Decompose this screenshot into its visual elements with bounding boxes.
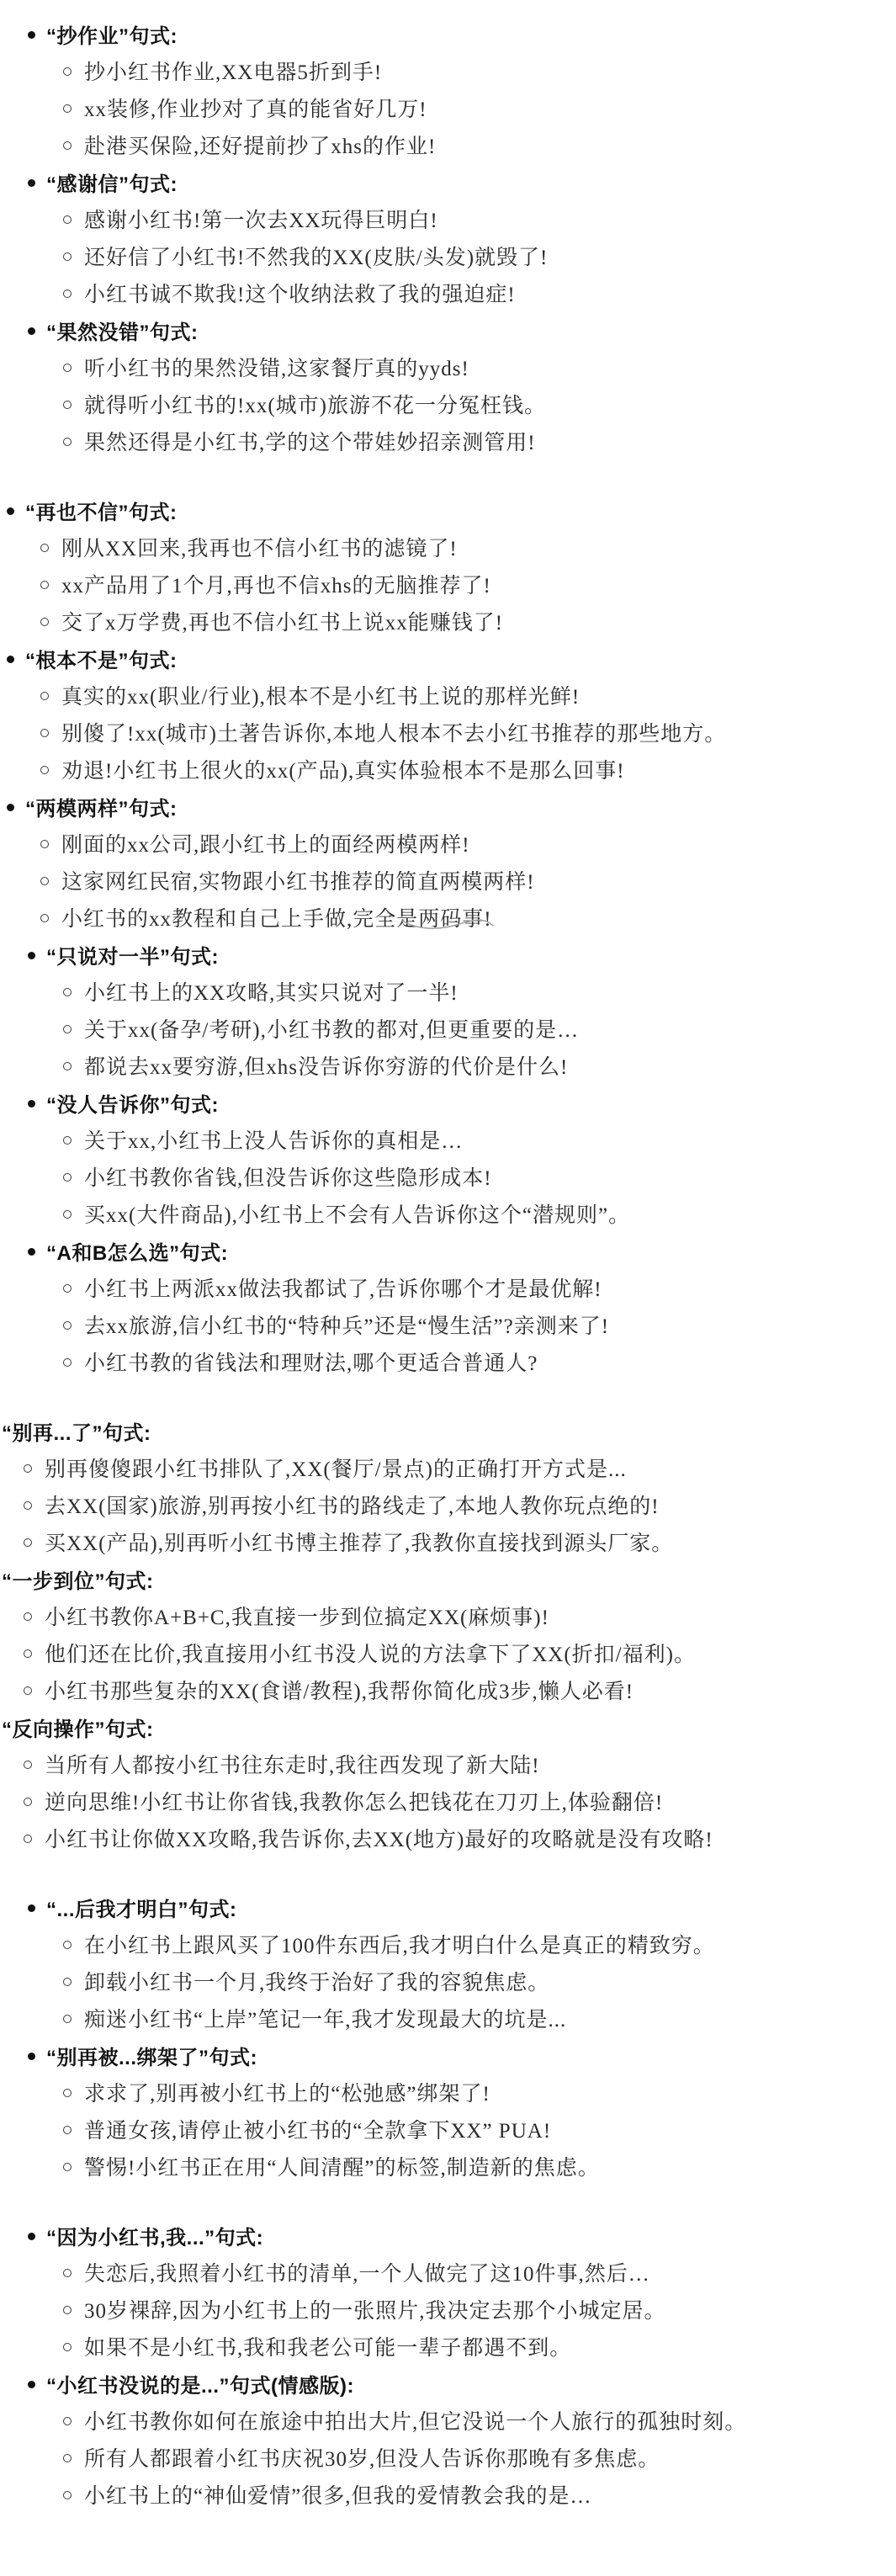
bullet-circle-icon	[63, 141, 72, 150]
bullet-circle-icon	[63, 67, 72, 76]
bullet-circle-icon	[63, 2126, 72, 2134]
section: “反向操作”句式: 当所有人都按小红书往东走时,我往西发现了新大陆! 逆向思维!…	[0, 1708, 896, 1856]
bullet-circle-icon	[24, 1686, 32, 1695]
list-item: 小红书诚不欺我!这个收纳法救了我的强迫症!	[0, 274, 896, 311]
section-title: “别再...了”句式:	[2, 1416, 151, 1446]
list-item: 小红书上两派xx做法我都试了,告诉你哪个才是最优解!	[0, 1269, 896, 1306]
bullet-dot-icon	[28, 2233, 35, 2240]
bullet-circle-icon	[40, 877, 49, 885]
list-item: 就得听小红书的!xx(城市)旅游不花一分冤枉钱。	[0, 385, 896, 422]
section: “只说对一半”句式: 小红书上的XX攻略,其实只说对了一半! 关于xx(备孕/考…	[0, 936, 896, 1084]
section-title: “因为小红书,我...”句式:	[46, 2221, 263, 2250]
list-item: 小红书的xx教程和自己上手做,完全是两码事!	[0, 899, 896, 936]
list-item: 刚面的xx公司,跟小红书上的面经两模两样!	[0, 825, 896, 862]
list-item: 别傻了!xx(城市)土著告诉你,本地人根本不去小红书推荐的那些地方。	[0, 714, 896, 751]
bullet-circle-icon	[40, 581, 49, 589]
list-item-text: 小红书让你做XX攻略,我告诉你,去XX(地方)最好的攻略就是没有攻略!	[45, 1823, 713, 1853]
list-item: 别再傻傻跟小红书排队了,XX(餐厅/景点)的正确打开方式是...	[0, 1449, 896, 1486]
section-header: “没人告诉你”句式:	[0, 1084, 896, 1121]
list-item: 买XX(产品),别再听小红书博主推荐了,我教你直接找到源头厂家。	[0, 1523, 896, 1560]
list-item-text: 所有人都跟着小红书庆祝30岁,但没人告诉你那晚有多焦虑。	[84, 2442, 660, 2472]
list-item: 还好信了小红书!不然我的XX(皮肤/头发)就毁了!	[0, 237, 896, 274]
section-header: “一步到位”句式:	[0, 1560, 896, 1597]
list-item-text: 30岁裸辞,因为小红书上的一张照片,我决定去那个小城定居。	[84, 2294, 666, 2324]
list-item-text: 赴港买保险,还好提前抄了xhs的作业!	[84, 130, 436, 160]
list-item-text: 去xx旅游,信小红书的“特种兵”还是“慢生活”?亲测来了!	[84, 1309, 609, 1340]
bullet-circle-icon	[63, 2343, 72, 2351]
section: “抄作业”句式: 抄小红书作业,XX电器5折到手! xx装修,作业抄对了真的能省…	[0, 15, 896, 163]
list-item-text: 如果不是小红书,我和我老公可能一辈子都遇不到。	[84, 2331, 571, 2361]
bullet-dot-icon	[28, 1100, 35, 1107]
list-item: 小红书上的XX攻略,其实只说对了一半!	[0, 973, 896, 1010]
list-item: 小红书教的省钱法和理财法,哪个更适合普通人?	[0, 1343, 896, 1380]
list-item: 普通女孩,请停止被小红书的“全款拿下XX” PUA!	[0, 2111, 896, 2148]
bullet-circle-icon	[63, 2491, 72, 2499]
section: “A和B怎么选”句式: 小红书上两派xx做法我都试了,告诉你哪个才是最优解! 去…	[0, 1232, 896, 1380]
list-item: 小红书教你如何在旅途中拍出大片,但它没说一个人旅行的孤独时刻。	[0, 2402, 896, 2439]
section-header: “只说对一半”句式:	[0, 936, 896, 973]
section-title: “再也不信”句式:	[25, 496, 178, 525]
list-item-text: 求求了,别再被小红书上的“松弛感”绑架了!	[84, 2077, 490, 2107]
list-item-text: 警惕!小红书正在用“人间清醒”的标签,制造新的焦虑。	[84, 2151, 600, 2181]
section-title: “果然没错”句式:	[46, 316, 199, 345]
list-item-text: 痴迷小红书“上岸”笔记一年,我才发现最大的坑是...	[84, 2003, 566, 2033]
list-item: 当所有人都按小红书往东走时,我往西发现了新大陆!	[0, 1745, 896, 1782]
bullet-circle-icon	[63, 1284, 72, 1293]
list-item-text: 在小红书上跟风买了100件东西后,我才明白什么是真正的精致穷。	[84, 1929, 715, 1959]
section-header: “别再被...绑架了”句式:	[0, 2037, 896, 2074]
bullet-circle-icon	[24, 1501, 32, 1510]
bullet-circle-icon	[63, 1210, 72, 1219]
bullet-circle-icon	[63, 104, 72, 113]
bullet-circle-icon	[63, 252, 72, 261]
list-item-text: 失恋后,我照着小红书的清单,一个人做完了这10件事,然后…	[84, 2257, 650, 2287]
list-item: 劝退!小红书上很火的xx(产品),真实体验根本不是那么回事!	[0, 751, 896, 788]
bullet-circle-icon	[63, 1173, 72, 1182]
list-item: xx产品用了1个月,再也不信xhs的无脑推荐了!	[0, 566, 896, 603]
section-title: “别再被...绑架了”句式:	[46, 2041, 257, 2070]
list-item: 在小红书上跟风买了100件东西后,我才明白什么是真正的精致穷。	[0, 1925, 896, 1963]
bullet-dot-icon	[28, 2381, 35, 2388]
section-header: “抄作业”句式:	[0, 15, 896, 52]
list-item-text: 买xx(大件商品),小红书上不会有人告诉你这个“潜规则”。	[84, 1198, 630, 1229]
list-item-text: 还好信了小红书!不然我的XX(皮肤/头发)就毁了!	[84, 241, 548, 271]
list-item-text: xx装修,作业抄对了真的能省好几万!	[84, 93, 427, 123]
list-item: 这家网红民宿,实物跟小红书推荐的简直两模两样!	[0, 862, 896, 899]
bullet-dot-icon	[28, 31, 35, 39]
list-item: 求求了,别再被小红书上的“松弛感”绑架了!	[0, 2074, 896, 2111]
section-title: “没人告诉你”句式:	[46, 1088, 219, 1118]
list-item-text: 小红书上的“神仙爱情”很多,但我的爱情教会我的是…	[84, 2479, 591, 2510]
list-item: 都说去xx要穷游,但xhs没告诉你穷游的代价是什么!	[0, 1047, 896, 1084]
list-item-text: 交了x万学费,再也不信小红书上说xx能赚钱了!	[61, 606, 503, 636]
bullet-circle-icon	[24, 1798, 32, 1806]
list-item-text: 这家网红民宿,实物跟小红书推荐的简直两模两样!	[61, 865, 535, 895]
list-item-text: 关于xx(备孕/考研),小红书教的都对,但更重要的是…	[84, 1013, 579, 1044]
list-item: 卸载小红书一个月,我终于治好了我的容貌焦虑。	[0, 1963, 896, 2000]
bullet-dot-icon	[7, 656, 14, 663]
list-item: 小红书教你省钱,但没告诉你这些隐形成本!	[0, 1158, 896, 1195]
list-item: 逆向思维!小红书让你省钱,我教你怎么把钱花在刀刃上,体验翻倍!	[0, 1782, 896, 1819]
list-item-text: 就得听小红书的!xx(城市)旅游不花一分冤枉钱。	[84, 389, 546, 419]
list-item-text: 听小红书的果然没错,这家餐厅真的yyds!	[84, 352, 469, 382]
section-title: “A和B怎么选”句式:	[46, 1236, 228, 1266]
list-item: 抄小红书作业,XX电器5折到手!	[0, 52, 896, 89]
section: “没人告诉你”句式: 关于xx,小红书上没人告诉你的真相是… 小红书教你省钱,但…	[0, 1084, 896, 1232]
list-item-text: 小红书上的XX攻略,其实只说对了一半!	[84, 976, 459, 1006]
list-item-text: 普通女孩,请停止被小红书的“全款拿下XX” PUA!	[84, 2114, 551, 2144]
list-item: 小红书上的“神仙爱情”很多,但我的爱情教会我的是…	[0, 2476, 896, 2513]
section-header: “再也不信”句式:	[0, 491, 896, 528]
section-title: “根本不是”句式:	[25, 644, 178, 673]
bullet-dot-icon	[28, 952, 35, 959]
list-item-text: 刚从XX回来,我再也不信小红书的滤镜了!	[61, 532, 458, 562]
bullet-circle-icon	[63, 1978, 72, 1986]
bullet-circle-icon	[63, 364, 72, 372]
list-item-text: 刚面的xx公司,跟小红书上的面经两模两样!	[61, 828, 470, 858]
section-header: “果然没错”句式:	[0, 311, 896, 348]
section-header: “...后我才明白”句式:	[0, 1888, 896, 1925]
list-item-text: 小红书诚不欺我!这个收纳法救了我的强迫症!	[84, 278, 516, 308]
bullet-circle-icon	[63, 215, 72, 224]
list-item-text: 小红书那些复杂的XX(食谱/教程),我帮你简化成3步,懒人必看!	[45, 1675, 634, 1705]
list-item-text: 小红书上两派xx做法我都试了,告诉你哪个才是最优解!	[84, 1272, 602, 1303]
bullet-circle-icon	[63, 401, 72, 409]
section-title: “感谢信”句式:	[46, 167, 178, 197]
list-item-text: 别傻了!xx(城市)土著告诉你,本地人根本不去小红书推荐的那些地方。	[61, 717, 726, 747]
list-item-text: 都说去xx要穷游,但xhs没告诉你穷游的代价是什么!	[84, 1050, 568, 1081]
list-item: 去XX(国家)旅游,别再按小红书的路线走了,本地人教你玩点绝的!	[0, 1486, 896, 1523]
bullet-dot-icon	[28, 327, 35, 335]
bullet-circle-icon	[24, 1835, 32, 1843]
list-item: 真实的xx(职业/行业),根本不是小红书上说的那样光鲜!	[0, 677, 896, 714]
list-item: 他们还在比价,我直接用小红书没人说的方法拿下了XX(折扣/福利)。	[0, 1634, 896, 1671]
bullet-circle-icon	[63, 289, 72, 298]
section-title: “只说对一半”句式:	[46, 940, 219, 969]
bullet-circle-icon	[40, 544, 49, 552]
bullet-dot-icon	[7, 804, 14, 811]
list-item-text: 当所有人都按小红书往东走时,我往西发现了新大陆!	[45, 1749, 540, 1779]
section-title: “一步到位”句式:	[2, 1564, 154, 1594]
bullet-circle-icon	[63, 2163, 72, 2171]
list-item-text: 别再傻傻跟小红书排队了,XX(餐厅/景点)的正确打开方式是...	[45, 1453, 627, 1483]
list-item: 交了x万学费,再也不信小红书上说xx能赚钱了!	[0, 603, 896, 640]
section-title: “抄作业”句式:	[46, 19, 178, 49]
list-item: 买xx(大件商品),小红书上不会有人告诉你这个“潜规则”。	[0, 1195, 896, 1232]
list-item-text: 他们还在比价,我直接用小红书没人说的方法拿下了XX(折扣/福利)。	[45, 1638, 696, 1668]
bullet-dot-icon	[28, 179, 35, 187]
list-item-text: 真实的xx(职业/行业),根本不是小红书上说的那样光鲜!	[61, 680, 580, 710]
bullet-circle-icon	[40, 914, 49, 922]
list-item: 感谢小红书!第一次去XX玩得巨明白!	[0, 200, 896, 237]
bullet-circle-icon	[24, 1612, 32, 1621]
section-header: “反向操作”句式:	[0, 1708, 896, 1745]
section: “一步到位”句式: 小红书教你A+B+C,我直接一步到位搞定XX(麻烦事)! 他…	[0, 1560, 896, 1708]
list-item-text: 抄小红书作业,XX电器5折到手!	[84, 56, 382, 86]
list-item: 听小红书的果然没错,这家餐厅真的yyds!	[0, 348, 896, 385]
bullet-circle-icon	[24, 1649, 32, 1658]
section: “再也不信”句式: 刚从XX回来,我再也不信小红书的滤镜了! xx产品用了1个月…	[0, 491, 896, 640]
section-title: “...后我才明白”句式:	[46, 1893, 237, 1922]
list-item: 关于xx(备孕/考研),小红书教的都对,但更重要的是…	[0, 1010, 896, 1047]
bullet-circle-icon	[63, 438, 72, 446]
bullet-circle-icon	[63, 1321, 72, 1330]
list-item-text: 卸载小红书一个月,我终于治好了我的容貌焦虑。	[84, 1966, 549, 1996]
section: “根本不是”句式: 真实的xx(职业/行业),根本不是小红书上说的那样光鲜! 别…	[0, 640, 896, 788]
bullet-circle-icon	[40, 840, 49, 848]
section: “果然没错”句式: 听小红书的果然没错,这家餐厅真的yyds! 就得听小红书的!…	[0, 311, 896, 459]
section-header: “别再...了”句式:	[0, 1412, 896, 1449]
list-item-text: 果然还得是小红书,学的这个带娃妙招亲测管用!	[84, 426, 536, 456]
bullet-circle-icon	[40, 729, 49, 737]
bullet-dot-icon	[28, 1248, 35, 1256]
list-item-text: 感谢小红书!第一次去XX玩得巨明白!	[84, 204, 438, 234]
bullet-circle-icon	[63, 1358, 72, 1367]
bullet-circle-icon	[63, 1062, 72, 1070]
section-header: “两模两样”句式:	[0, 788, 896, 825]
list-item-text: 小红书的xx教程和自己上手做,完全是两码事!	[61, 902, 492, 932]
list-item-text: 小红书教你省钱,但没告诉你这些隐形成本!	[84, 1161, 492, 1192]
section-title: “小红书没说的是...”句式(情感版):	[46, 2369, 354, 2398]
list-item-text: xx产品用了1个月,再也不信xhs的无脑推荐了!	[61, 569, 491, 599]
list-item-text: 小红书教你如何在旅途中拍出大片,但它没说一个人旅行的孤独时刻。	[84, 2405, 746, 2435]
bullet-circle-icon	[63, 2417, 72, 2425]
section-title: “两模两样”句式:	[25, 792, 178, 821]
bullet-circle-icon	[63, 2015, 72, 2023]
bullet-circle-icon	[63, 2269, 72, 2277]
bullet-circle-icon	[40, 618, 49, 626]
section: “感谢信”句式: 感谢小红书!第一次去XX玩得巨明白! 还好信了小红书!不然我的…	[0, 163, 896, 311]
list-item: 所有人都跟着小红书庆祝30岁,但没人告诉你那晚有多焦虑。	[0, 2439, 896, 2476]
list-item-text: 小红书教你A+B+C,我直接一步到位搞定XX(麻烦事)!	[45, 1601, 549, 1631]
list-item: 小红书让你做XX攻略,我告诉你,去XX(地方)最好的攻略就是没有攻略!	[0, 1819, 896, 1856]
document-body: “抄作业”句式: 抄小红书作业,XX电器5折到手! xx装修,作业抄对了真的能省…	[0, 0, 896, 2513]
bullet-circle-icon	[24, 1761, 32, 1769]
section-header: “A和B怎么选”句式:	[0, 1232, 896, 1269]
list-item-text: 小红书教的省钱法和理财法,哪个更适合普通人?	[84, 1346, 538, 1377]
bullet-dot-icon	[28, 1904, 35, 1912]
section: “小红书没说的是...”句式(情感版): 小红书教你如何在旅途中拍出大片,但它没…	[0, 2365, 896, 2513]
section: “...后我才明白”句式: 在小红书上跟风买了100件东西后,我才明白什么是真正…	[0, 1888, 896, 2037]
bullet-circle-icon	[63, 2306, 72, 2314]
list-item: 去xx旅游,信小红书的“特种兵”还是“慢生活”?亲测来了!	[0, 1306, 896, 1343]
bullet-dot-icon	[28, 2053, 35, 2060]
bullet-circle-icon	[63, 2454, 72, 2462]
section: “因为小红书,我...”句式: 失恋后,我照着小红书的清单,一个人做完了这10件…	[0, 2217, 896, 2365]
bullet-circle-icon	[63, 1136, 72, 1145]
bullet-circle-icon	[63, 988, 72, 996]
list-item-text: 去XX(国家)旅游,别再按小红书的路线走了,本地人教你玩点绝的!	[45, 1490, 660, 1520]
list-item-text: 关于xx,小红书上没人告诉你的真相是…	[84, 1124, 463, 1155]
list-item-text: 逆向思维!小红书让你省钱,我教你怎么把钱花在刀刃上,体验翻倍!	[45, 1786, 663, 1816]
list-item: 警惕!小红书正在用“人间清醒”的标签,制造新的焦虑。	[0, 2148, 896, 2185]
bullet-circle-icon	[63, 2089, 72, 2097]
list-item-text: 买XX(产品),别再听小红书博主推荐了,我教你直接找到源头厂家。	[45, 1527, 673, 1557]
bullet-circle-icon	[24, 1538, 32, 1547]
section-header: “小红书没说的是...”句式(情感版):	[0, 2365, 896, 2402]
list-item: 痴迷小红书“上岸”笔记一年,我才发现最大的坑是...	[0, 2000, 896, 2037]
section: “别再...了”句式: 别再傻傻跟小红书排队了,XX(餐厅/景点)的正确打开方式…	[0, 1412, 896, 1560]
list-item: 小红书教你A+B+C,我直接一步到位搞定XX(麻烦事)!	[0, 1597, 896, 1634]
list-item: 关于xx,小红书上没人告诉你的真相是…	[0, 1121, 896, 1158]
list-item: 刚从XX回来,我再也不信小红书的滤镜了!	[0, 528, 896, 566]
list-item: 小红书那些复杂的XX(食谱/教程),我帮你简化成3步,懒人必看!	[0, 1671, 896, 1708]
section-header: “因为小红书,我...”句式:	[0, 2217, 896, 2254]
list-item: 30岁裸辞,因为小红书上的一张照片,我决定去那个小城定居。	[0, 2291, 896, 2328]
list-item: 失恋后,我照着小红书的清单,一个人做完了这10件事,然后…	[0, 2254, 896, 2291]
list-item: 赴港买保险,还好提前抄了xhs的作业!	[0, 126, 896, 163]
list-item: 果然还得是小红书,学的这个带娃妙招亲测管用!	[0, 422, 896, 459]
section-header: “根本不是”句式:	[0, 640, 896, 677]
bullet-circle-icon	[24, 1464, 32, 1473]
section-header: “感谢信”句式:	[0, 163, 896, 200]
bullet-circle-icon	[40, 766, 49, 774]
bullet-dot-icon	[7, 507, 14, 515]
section-title: “反向操作”句式:	[2, 1713, 154, 1742]
list-item: 如果不是小红书,我和我老公可能一辈子都遇不到。	[0, 2328, 896, 2365]
section: “别再被...绑架了”句式: 求求了,别再被小红书上的“松弛感”绑架了! 普通女…	[0, 2037, 896, 2185]
list-item-text: 劝退!小红书上很火的xx(产品),真实体验根本不是那么回事!	[61, 754, 625, 784]
bullet-circle-icon	[40, 692, 49, 700]
list-item: xx装修,作业抄对了真的能省好几万!	[0, 89, 896, 126]
bullet-circle-icon	[63, 1941, 72, 1949]
section: “两模两样”句式: 刚面的xx公司,跟小红书上的面经两模两样! 这家网红民宿,实…	[0, 788, 896, 936]
bullet-circle-icon	[63, 1025, 72, 1033]
